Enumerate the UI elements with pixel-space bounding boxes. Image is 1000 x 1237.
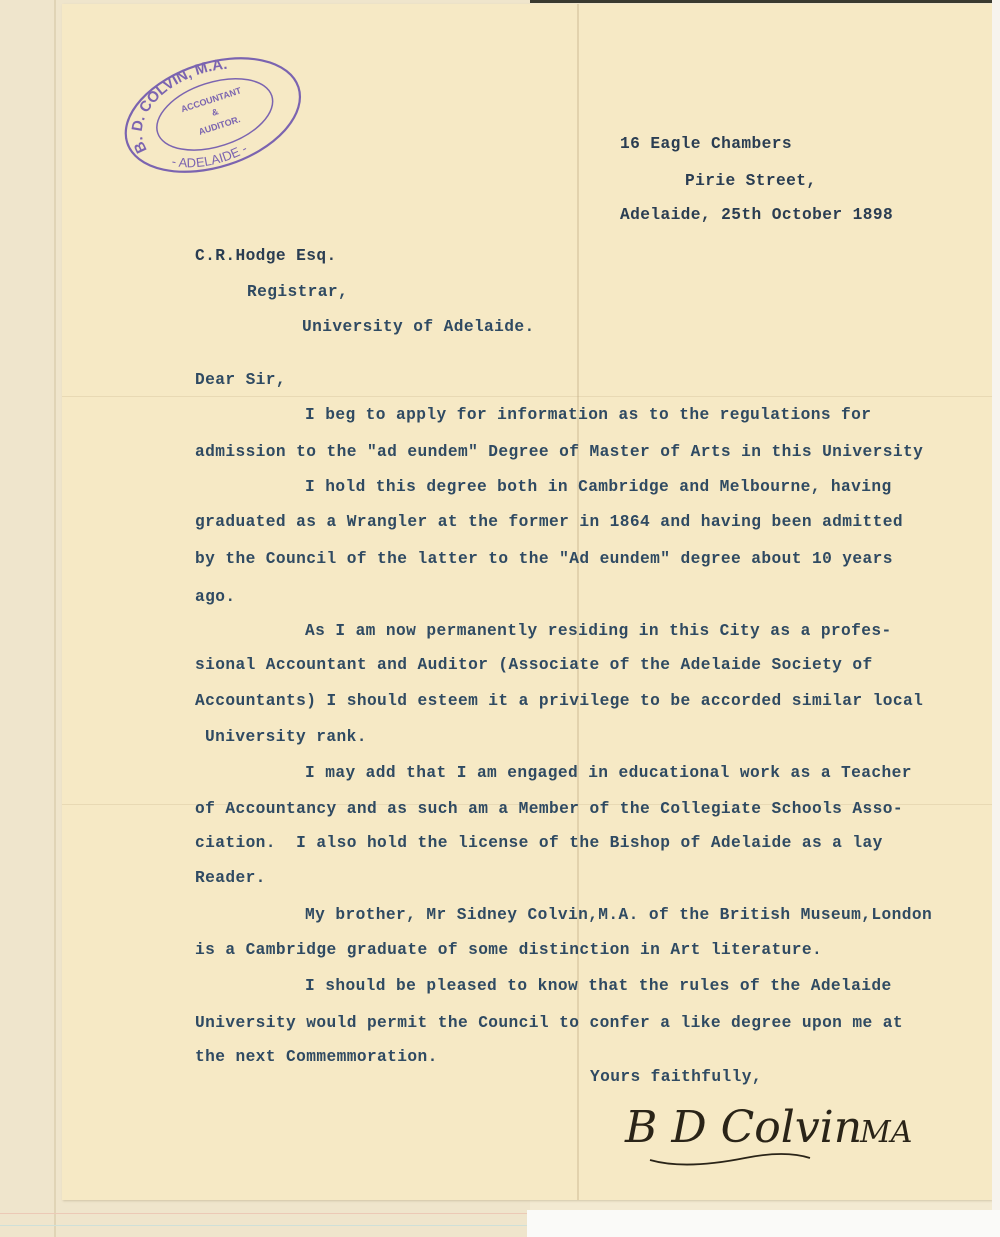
scan-margin [527,1210,1000,1237]
stamp-ampersand: & [210,106,220,118]
body-line: is a Cambridge graduate of some distinct… [195,941,822,959]
body-line: admission to the "ad eundem" Degree of M… [195,443,923,461]
body-line: ago. [195,588,235,606]
fold-crease-horizontal [62,396,992,397]
body-line: I may add that I am engaged in education… [305,764,912,782]
body-line: Reader. [195,869,266,887]
signature-name: B D Colvin [624,1102,862,1153]
salutation: Dear Sir, [195,371,286,389]
body-line: University would permit the Council to c… [195,1014,903,1032]
body-line: the next Commemmoration. [195,1048,438,1066]
body-line: Accountants) I should esteem it a privil… [195,692,923,710]
scan-margin [992,0,1000,1237]
closing: Yours faithfully, [590,1068,762,1086]
recipient-name: C.R.Hodge Esq. [195,247,337,265]
signature-icon: B D Colvin MA [615,1092,945,1172]
letter-date: Adelaide, 25th October 1898 [620,206,893,224]
signature-suffix: MA [859,1115,912,1150]
body-line: I hold this degree both in Cambridge and… [305,478,892,496]
body-line: of Accountancy and as such am a Member o… [195,800,903,818]
body-line: University rank. [205,728,367,746]
handwritten-signature: B D Colvin MA [615,1092,945,1172]
body-line: As I am now permanently residing in this… [305,622,892,640]
recipient-institution: University of Adelaide. [302,318,535,336]
ruled-line [0,1213,530,1214]
body-line: graduated as a Wrangler at the former in… [195,513,903,531]
sender-address-line1: 16 Eagle Chambers [620,135,792,153]
body-line: I beg to apply for information as to the… [305,406,871,424]
stamp-profession-2: AUDITOR. [197,114,241,137]
sender-address-line2: Pirie Street, [685,172,816,190]
body-line: I should be pleased to know that the rul… [305,977,892,995]
body-line: My brother, Mr Sidney Colvin,M.A. of the… [305,906,932,924]
body-line: sional Accountant and Auditor (Associate… [195,656,873,674]
fold-crease [54,0,56,1237]
body-line: ciation. I also hold the license of the … [195,834,883,852]
body-line: by the Council of the latter to the "Ad … [195,550,893,568]
recipient-title: Registrar, [247,283,348,301]
ruled-line [0,1225,530,1226]
